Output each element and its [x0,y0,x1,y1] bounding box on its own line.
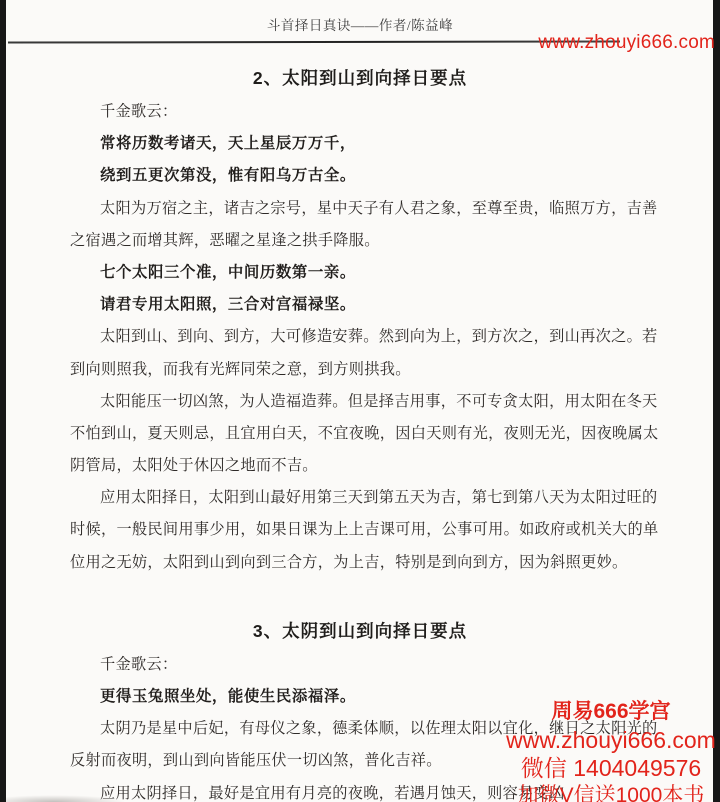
body-line: 之宿遇之而增其辉，恶曜之星逢之拱手降服。 [70,225,650,257]
body-line: 阴管局，太阳处于休囚之地而不吉。 [70,450,650,482]
verse-line: 绕到五更次第没，惟有阳乌万古全。 [70,160,650,192]
body-line: 到向则照我，而我有光辉同荣之意，到方则拱我。 [70,354,650,386]
body-line: 应用太阳择日，太阳到山最好用第三天到第五天为吉，第七到第八天为太阳过旺的 [70,482,650,514]
scan-edge-right [713,0,720,802]
content-column: 2、太阳到山到向择日要点千金歌云：常将历数考诸天，天上星辰万万千，绕到五更次第没… [70,44,650,802]
body-line: 位用之无妨，太阳到山到向到三合方，为上吉，特别是到向到方，因为斜照更妙。 [70,547,650,579]
watermark-promo-text: 加微V信送1000本书 [504,782,718,802]
scan-edge-left [0,0,6,802]
body-line: 时候，一般民间用事少用，如果日课为上上吉课可用，公事可用。如政府或机关大的单 [70,514,650,546]
watermark-school-name: 周易666学宫 [504,698,718,726]
watermark-url-top: www.zhouyi666.com [538,32,715,54]
body-line: 千金歌云： [70,649,650,681]
body-line: 太阳能压一切凶煞，为人造福造葬。但是择吉用事，不可专贪太阳，用太阳在冬天 [70,386,650,418]
verse-line: 常将历数考诸天，天上星辰万万千， [70,128,650,160]
body-line: 不怕到山，夏天则忌，且宜用白天，不宜夜晚，因白天则有光，夜则无光，因夜晚属太 [70,418,650,450]
body-line: 太阳到山、到向、到方，大可修造安葬。然到向为上，到方次之，到山再次之。若 [70,321,650,353]
verse-line: 七个太阳三个准，中间历数第一亲。 [70,257,650,289]
scan-smudge [6,795,126,802]
watermark-url-bottom: www.zhouyi666.com [504,726,718,754]
body-line: 千金歌云： [70,96,650,128]
body-line: 太阳为万宿之主，诸吉之宗号，星中天子有人君之象，至尊至贵，临照万方，吉善 [70,193,650,225]
scanned-document-page: { "page": { "background_color": "#fbfaf8… [0,0,720,802]
verse-line: 请君专用太阳照，三合对宫福禄坚。 [70,289,650,321]
watermark-block-bottom: 周易666学宫 www.zhouyi666.com 微信 1404049576 … [504,698,718,802]
section-title: 3、太阴到山到向择日要点 [70,613,650,649]
watermark-wechat-number: 微信 1404049576 [504,754,718,782]
section-title: 2、太阳到山到向择日要点 [70,60,650,96]
